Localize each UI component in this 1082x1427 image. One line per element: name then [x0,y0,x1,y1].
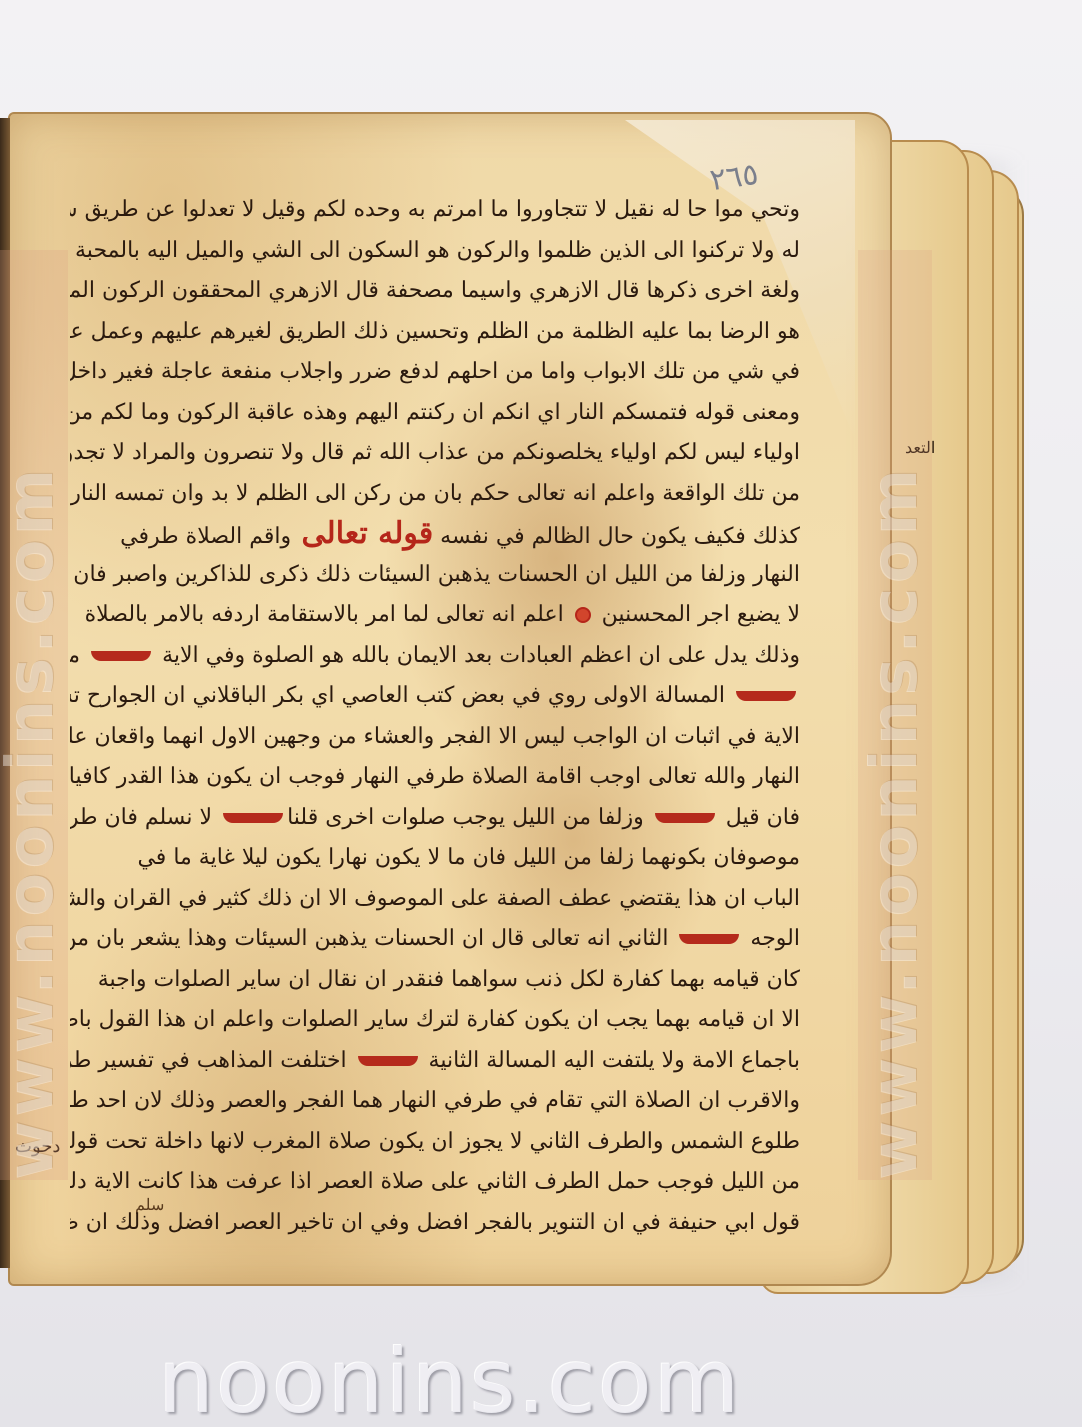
red-overline-marker [655,813,715,823]
manuscript-line: والاقرب ان الصلاة التي تقام في طرفي النه… [70,1081,800,1122]
line-text: لا يضيع اجر المحسنين [595,602,800,627]
manuscript-line: لا يضيع اجر المحسنين اعلم انه تعالى لما … [70,595,800,636]
manuscript-line: ولغة اخرى ذكرها قال الازهري واسيما مصحفة… [70,271,800,312]
manuscript-line: الاية في اثبات ان الواجب ليس الا الفجر و… [70,717,800,758]
manuscript-line: موصوفان بكونهما زلفا من الليل فان ما لا … [70,838,800,879]
manuscript-line: له ولا تركنوا الى الذين ظلموا والركون هو… [70,231,800,272]
manuscript-line: كذلك فكيف يكون حال الظالم في نفسه قوله ت… [70,514,800,555]
red-verse-marker-icon [575,607,591,623]
red-overline-marker [358,1056,418,1066]
line-text: المسالة الاولى روي في بعض كتب العاصي اي … [70,683,732,708]
manuscript-line: النهار والله تعالى اوجب اقامة الصلاة طرف… [70,757,800,798]
manuscript-line: اولياء ليس لكم اولياء يخلصونكم من عذاب ا… [70,433,800,474]
manuscript-line: من تلك الواقعة واعلم انه تعالى حكم بان م… [70,474,800,515]
line-text: الوجه [743,926,800,951]
red-overline-marker [679,934,739,944]
watermark-bottom: noonins.com [140,1330,760,1427]
manuscript-line: في شي من تلك الابواب واما من احلهم لدفع … [70,352,800,393]
manuscript-line: كان قيامه بهما كفارة لكل ذنب سواهما فنقد… [70,960,800,1001]
manuscript-line: المسالة الاولى روي في بعض كتب العاصي اي … [70,676,800,717]
line-text: وزلفا من الليل يوجب صلوات اخرى قلنا [287,805,651,830]
red-overline-marker [91,651,151,661]
watermark-vertical-left: www.noonins.com [0,250,68,1180]
manuscript-line: قول ابي حنيفة في ان التنوير بالفجر افضل … [70,1203,800,1244]
red-overline-marker [736,691,796,701]
manuscript-line: من الليل فوجب حمل الطرف الثاني على صلاة … [70,1162,800,1203]
line-text: الثاني انه تعالى قال ان الحسنات يذهبن ال… [70,926,675,951]
line-text: اعلم انه تعالى لما امر بالاستقامة اردفه … [85,602,571,627]
manuscript-line: ومعنى قوله فتمسكم النار اي انكم ان ركنتم… [70,393,800,434]
line-text: باجماع الامة ولا يلتفت اليه المسالة الثا… [422,1048,800,1073]
line-text: واقم الصلاة طرفي [120,524,291,549]
rubric-heading: قوله تعالى [291,516,433,551]
manuscript-line: طلوع الشمس والطرف الثاني لا يجوز ان يكون… [70,1122,800,1163]
watermark-vertical-right: www.noonins.com [858,250,932,1180]
manuscript-line: الباب ان هذا يقتضي عطف الصفة على الموصوف… [70,879,800,920]
line-text: كذلك فكيف يكون حال الظالم في نفسه [433,524,800,549]
line-text: فان قيل [719,805,800,830]
manuscript-line: وذلك يدل على ان اعظم العبادات بعد الايما… [70,636,800,677]
manuscript-line: النهار وزلفا من الليل ان الحسنات يذهبن ا… [70,555,800,596]
manuscript-line: فان قيل وزلفا من الليل يوجب صلوات اخرى ق… [70,798,800,839]
manuscript-line: هو الرضا بما عليه الظلمة من الظلم وتحسين… [70,312,800,353]
manuscript-line: وتحي موا حا له نقيل لا تتجاوروا ما امرتم… [70,190,800,231]
line-text: مسايل [70,643,87,668]
line-text: وذلك يدل على ان اعظم العبادات بعد الايما… [155,643,800,668]
manuscript-line: باجماع الامة ولا يلتفت اليه المسالة الثا… [70,1041,800,1082]
manuscript-line: الا ان قيامه بهما يجب ان يكون كفارة لترك… [70,1000,800,1041]
red-overline-marker [223,813,283,823]
line-text: لا نسلم فان طرفي النهار [70,805,219,830]
manuscript-line: الوجه الثاني انه تعالى قال ان الحسنات يذ… [70,919,800,960]
manuscript-text-block: وتحي موا حا له نقيل لا تتجاوروا ما امرتم… [70,190,800,1243]
line-text: اختلفت المذاهب في تفسير طرفي النهار [70,1048,354,1073]
